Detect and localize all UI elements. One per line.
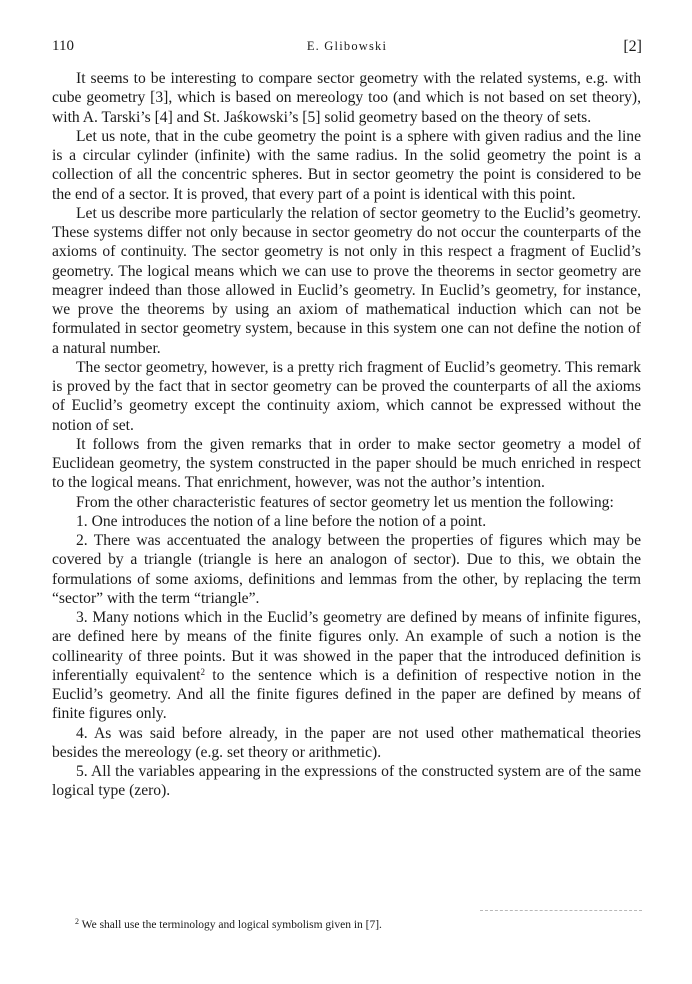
body-text: It seems to be interesting to compare se…	[52, 69, 641, 801]
paragraph-features-intro: From the other characteristic features o…	[52, 493, 641, 512]
running-author: E. Glibowski	[52, 39, 642, 54]
footnote-text: We shall use the terminology and logical…	[82, 919, 382, 931]
footnote-marker: 2	[75, 917, 79, 926]
paragraph-model: It follows from the given remarks that i…	[52, 435, 641, 493]
list-item-3: 3. Many notions which in the Euclid’s ge…	[52, 608, 641, 724]
paragraph-euclid-relation: Let us describe more particularly the re…	[52, 204, 641, 358]
section-marker: [2]	[623, 38, 642, 56]
paragraph-rich-fragment: The sector geometry, however, is a prett…	[52, 358, 641, 435]
list-item-2: 2. There was accentuated the analogy bet…	[52, 531, 641, 608]
footnote: 2 We shall use the terminology and logic…	[75, 919, 382, 931]
paragraph-cube-geometry: Let us note, that in the cube geometry t…	[52, 127, 641, 204]
list-item-5: 5. All the variables appearing in the ex…	[52, 762, 641, 801]
list-item-4: 4. As was said before already, in the pa…	[52, 724, 641, 763]
footnote-separator	[480, 910, 642, 911]
list-item-1: 1. One introduces the notion of a line b…	[52, 512, 641, 531]
running-header: 110 E. Glibowski [2]	[52, 38, 642, 58]
paragraph-comparison: It seems to be interesting to compare se…	[52, 69, 641, 127]
